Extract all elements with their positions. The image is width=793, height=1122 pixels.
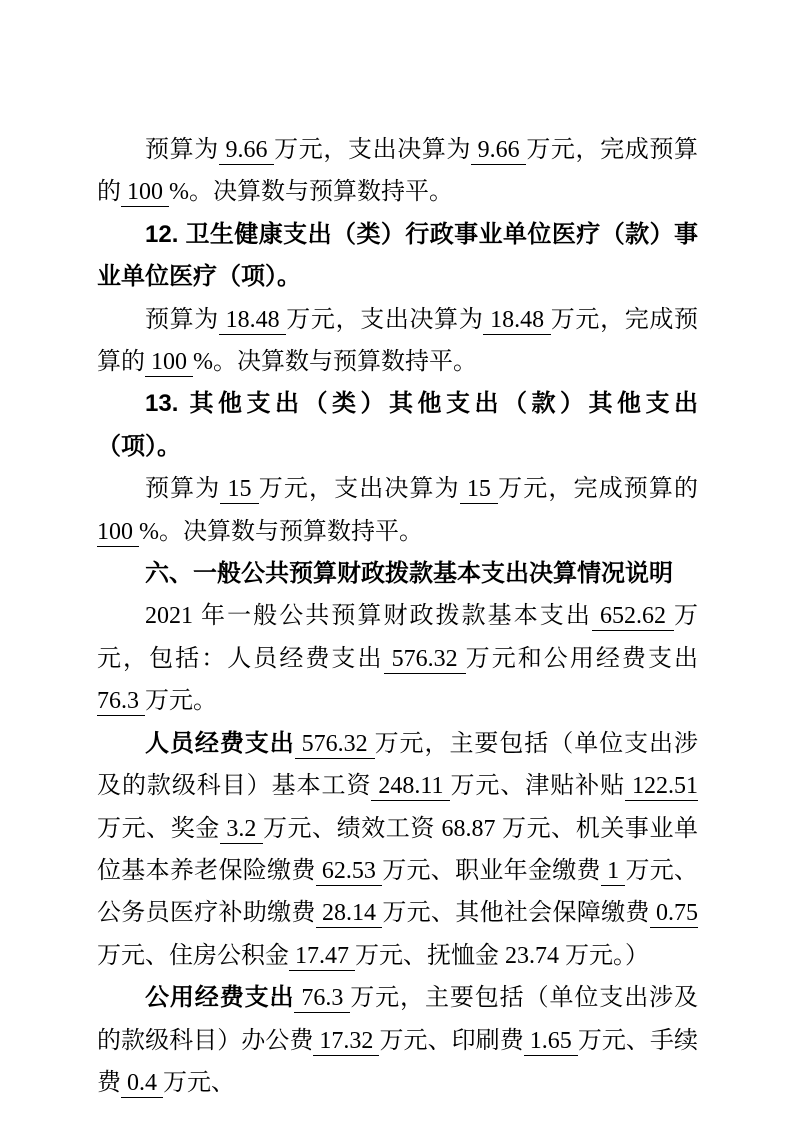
- para-personnel-expense: 人员经费支出 576.32 万元，主要包括（单位支出涉及的款级科目）基本工资 2…: [97, 723, 698, 977]
- underlined-value: 122.51: [625, 773, 698, 801]
- text-segment: 六、一般公共预算财政拨款基本支出决算情况说明: [145, 560, 673, 587]
- para-item13-figures: 预算为 15 万元，支出决算为 15 万元，完成预算的 100 %。决算数与预算…: [97, 468, 698, 553]
- underlined-value: 1: [601, 858, 626, 886]
- heading-item-12: 12. 卫生健康支出（类）行政事业单位医疗（款）事业单位医疗（项）。: [97, 214, 698, 299]
- document-page: 预算为 9.66 万元，支出决算为 9.66 万元，完成预算的 100 %。决算…: [0, 0, 793, 1122]
- text-segment: 预算为: [145, 137, 219, 163]
- text-segment: 万元、其他社会保障缴费: [382, 900, 649, 926]
- underlined-value: 576.32: [295, 731, 375, 759]
- underlined-value: 0.75: [650, 900, 698, 928]
- text-segment: 万元、津贴补贴: [450, 773, 625, 799]
- underlined-value: 15: [220, 476, 258, 504]
- text-segment: 预算为: [145, 476, 220, 502]
- underlined-value: 15: [460, 476, 498, 504]
- underlined-value: 17.32: [313, 1028, 379, 1056]
- underlined-value: 17.47: [289, 943, 355, 971]
- underlined-value: 62.53: [316, 858, 383, 886]
- text-segment: 万元、奖金: [97, 816, 220, 842]
- underlined-value: 18.48: [219, 307, 286, 335]
- underlined-value: 100: [121, 179, 169, 207]
- text-segment: 12. 卫生健康支出（类）行政事业单位医疗（款）事业单位医疗（项）。: [97, 221, 698, 290]
- para-item11-figures: 预算为 9.66 万元，支出决算为 9.66 万元，完成预算的 100 %。决算…: [97, 129, 698, 214]
- underlined-value: 3.2: [220, 816, 263, 844]
- text-segment: 2021 年一般公共预算财政拨款基本支出: [145, 603, 592, 629]
- underlined-value: 1.65: [524, 1028, 578, 1056]
- underlined-value: 18.48: [483, 307, 550, 335]
- text-segment: 13. 其他支出（类）其他支出（款）其他支出（项）。: [97, 390, 698, 459]
- underlined-value: 100: [97, 519, 139, 547]
- text-segment: 万元、住房公积金: [97, 943, 289, 969]
- text-segment: 万元和公用经费支出: [466, 646, 698, 672]
- text-segment: 万元，支出决算为: [259, 476, 460, 502]
- para-item12-figures: 预算为 18.48 万元，支出决算为 18.48 万元，完成预算的 100 %。…: [97, 299, 698, 384]
- text-segment: 万元，完成预算的: [498, 476, 698, 502]
- para-basic-expense-total: 2021 年一般公共预算财政拨款基本支出 652.62 万元，包括：人员经费支出…: [97, 595, 698, 722]
- text-segment: 万元、职业年金缴费: [382, 858, 601, 884]
- text-segment: 预算为: [145, 307, 219, 333]
- heading-item-13: 13. 其他支出（类）其他支出（款）其他支出（项）。: [97, 383, 698, 468]
- text-segment: %。决算数与预算数持平。: [169, 179, 453, 205]
- bold-lead-label: 公用经费支出: [145, 984, 294, 1011]
- text-segment: 万元、: [163, 1070, 235, 1096]
- underlined-value: 76.3: [97, 688, 145, 716]
- para-public-expense: 公用经费支出 76.3 万元，主要包括（单位支出涉及的款级科目）办公费 17.3…: [97, 977, 698, 1104]
- bold-lead-label: 人员经费支出: [145, 730, 295, 757]
- text-segment: 万元、印刷费: [379, 1028, 523, 1054]
- underlined-value: 576.32: [384, 646, 466, 674]
- text-segment: 万元，支出决算为: [274, 137, 471, 163]
- underlined-value: 9.66: [219, 137, 274, 165]
- underlined-value: 9.66: [471, 137, 526, 165]
- text-segment: 万元。: [145, 688, 217, 714]
- underlined-value: 248.11: [371, 773, 450, 801]
- underlined-value: 100: [145, 349, 193, 377]
- heading-section-6: 六、一般公共预算财政拨款基本支出决算情况说明: [97, 553, 698, 595]
- underlined-value: 76.3: [294, 985, 350, 1013]
- underlined-value: 0.4: [121, 1070, 163, 1098]
- underlined-value: 28.14: [316, 900, 383, 928]
- document-body: 预算为 9.66 万元，支出决算为 9.66 万元，完成预算的 100 %。决算…: [97, 129, 698, 1104]
- text-segment: 万元，支出决算为: [286, 307, 483, 333]
- underlined-value: 652.62: [592, 603, 674, 631]
- text-segment: %。决算数与预算数持平。: [193, 349, 477, 375]
- text-segment: %。决算数与预算数持平。: [139, 519, 423, 545]
- text-segment: 万元、抚恤金 23.74 万元。）: [355, 943, 649, 969]
